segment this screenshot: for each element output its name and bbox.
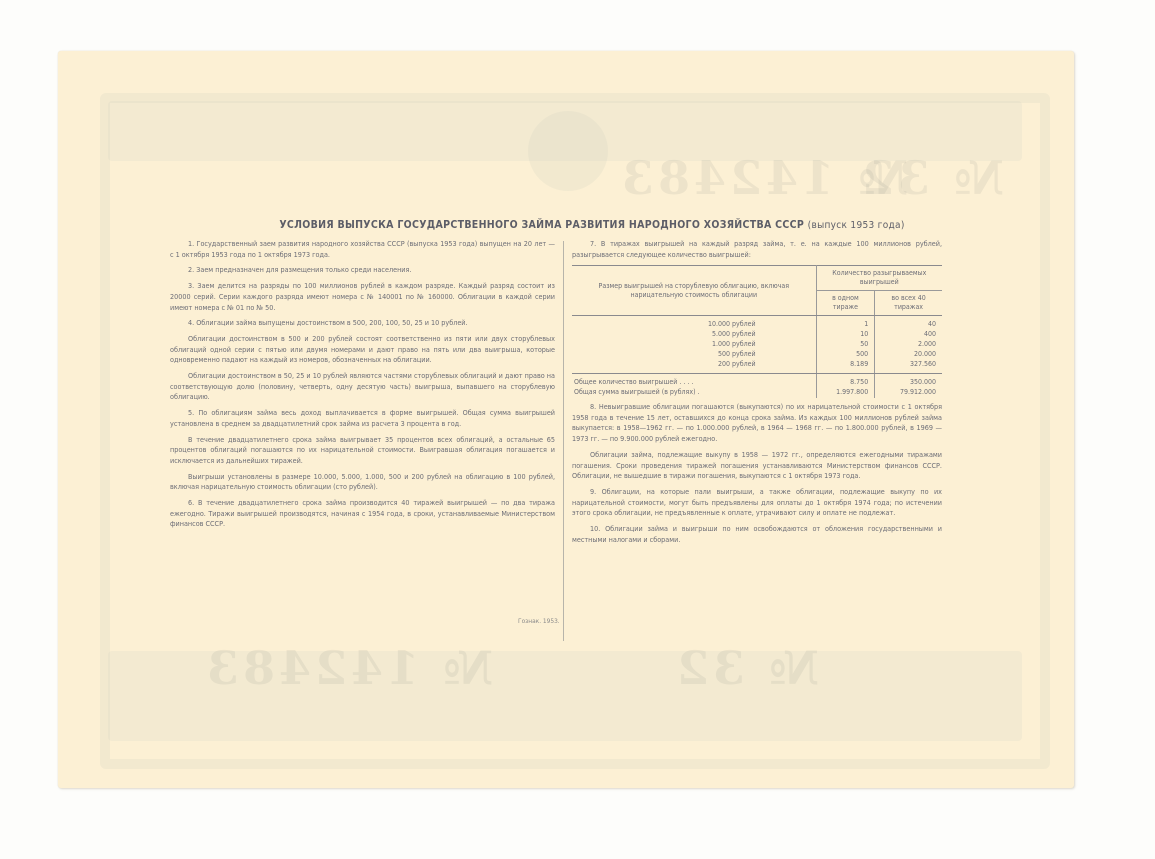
- total-per-draw: 8.750: [816, 374, 875, 388]
- header-prize-count: Количество разыгрываемых выигрышей: [816, 266, 942, 291]
- prize-per-draw: 1: [816, 316, 875, 330]
- printer-imprint: Гознак. 1953.: [518, 617, 560, 625]
- prize-row: 200 рублей8.189327.560: [572, 360, 942, 374]
- prize-per-draw: 50: [816, 340, 875, 350]
- title-issue-year: (выпуск 1953 года): [808, 220, 905, 231]
- right-paragraph: Облигации займа, подлежащие выкупу в 195…: [572, 450, 942, 482]
- title-main: УСЛОВИЯ ВЫПУСКА ГОСУДАРСТВЕННОГО ЗАЙМА Р…: [279, 219, 804, 231]
- show-through-number-bottom: № 142483: [203, 641, 493, 695]
- prize-amount: 1.000 рублей: [572, 340, 816, 350]
- prize-row: 500 рублей50020.000: [572, 350, 942, 360]
- left-paragraph: В течение двадцатилетнего срока займа вы…: [170, 435, 555, 467]
- prize-all-draws: 40: [875, 316, 942, 330]
- prize-total-row: Общая сумма выигрышей (в рублях) .1.997.…: [572, 388, 942, 398]
- prize-row: 10.000 рублей140: [572, 316, 942, 330]
- prize-per-draw: 500: [816, 350, 875, 360]
- total-all-draws: 79.912.000: [875, 388, 942, 398]
- prize-per-draw: 10: [816, 330, 875, 340]
- prize-all-draws: 2.000: [875, 340, 942, 350]
- right-paragraph: 9. Облигации, на которые пали выигрыши, …: [572, 487, 942, 519]
- prize-all-draws: 327.560: [875, 360, 942, 374]
- left-paragraph: 6. В течение двадцатилетнего срока займа…: [170, 498, 555, 530]
- header-per-draw: в одном тираже: [816, 291, 875, 316]
- prize-total-row: Общее количество выигрышей . . . .8.7503…: [572, 374, 942, 388]
- paragraph-7: 7. В тиражах выигрышей на каждый разряд …: [572, 239, 942, 260]
- prize-table: Размер выигрышей на сторублевую облигаци…: [572, 265, 942, 398]
- prize-all-draws: 20.000: [875, 350, 942, 360]
- prize-amount: 500 рублей: [572, 350, 816, 360]
- prize-row: 5.000 рублей10400: [572, 330, 942, 340]
- show-through-emblem: [528, 111, 608, 191]
- left-paragraph: 5. По облигациям займа весь доход выплач…: [170, 408, 555, 429]
- total-label: Общее количество выигрышей . . . .: [572, 374, 816, 388]
- conditions-left-column: 1. Государственный заем развития народно…: [170, 239, 555, 535]
- header-all-draws: во всех 40 тиражах: [875, 291, 942, 316]
- show-through-series-top: № 32: [858, 151, 1004, 205]
- prize-amount: 10.000 рублей: [572, 316, 816, 330]
- bond-paper: № 142483 № 32 № 142483 № 32 УСЛОВИЯ ВЫПУ…: [58, 51, 1074, 788]
- prize-per-draw: 8.189: [816, 360, 875, 374]
- header-prize-size: Размер выигрышей на сторублевую облигаци…: [572, 266, 816, 316]
- prize-amount: 200 рублей: [572, 360, 816, 374]
- total-all-draws: 350.000: [875, 374, 942, 388]
- prize-amount: 5.000 рублей: [572, 330, 816, 340]
- total-label: Общая сумма выигрышей (в рублях) .: [572, 388, 816, 398]
- left-paragraph: Облигации достоинством в 500 и 200 рубле…: [170, 334, 555, 366]
- right-paragraph: 10. Облигации займа и выигрыши по ним ос…: [572, 524, 942, 545]
- prize-row: 1.000 рублей502.000: [572, 340, 942, 350]
- prize-all-draws: 400: [875, 330, 942, 340]
- left-paragraph: Выигрыши установлены в размере 10.000, 5…: [170, 472, 555, 493]
- show-through-series-bottom: № 32: [673, 641, 819, 695]
- left-paragraph: 3. Заем делится на разряды по 100 миллио…: [170, 281, 555, 313]
- right-paragraph: 8. Невыигравшие облигации погашаются (вы…: [572, 402, 942, 445]
- conditions-right-column: 7. В тиражах выигрышей на каждый разряд …: [572, 239, 942, 550]
- left-paragraph: Облигации достоинством в 50, 25 и 10 руб…: [170, 371, 555, 403]
- left-paragraph: 1. Государственный заем развития народно…: [170, 239, 555, 260]
- left-paragraph: 2. Заем предназначен для размещения толь…: [170, 265, 555, 276]
- column-divider: [563, 241, 564, 641]
- left-paragraph: 4. Облигации займа выпущены достоинством…: [170, 318, 555, 329]
- document-title: УСЛОВИЯ ВЫПУСКА ГОСУДАРСТВЕННОГО ЗАЙМА Р…: [202, 219, 982, 231]
- total-per-draw: 1.997.800: [816, 388, 875, 398]
